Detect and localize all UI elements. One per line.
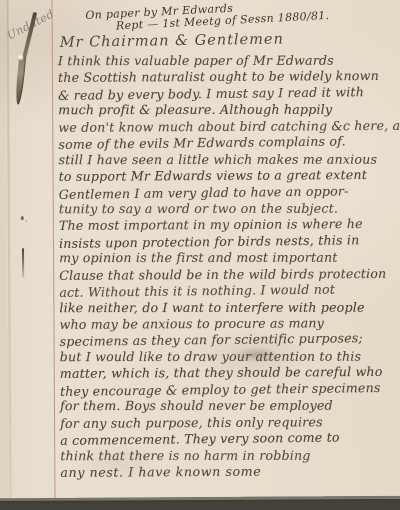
page-fold-crease [6, 0, 11, 498]
manuscript-line: think that there is no harm in robbing [60, 447, 392, 464]
manuscript-page: Undated On paper by Mr Edwards Rept — 1s… [0, 0, 400, 498]
manuscript-line: like neither, do I want to interfere wit… [59, 299, 391, 316]
manuscript-line: for them. Boys should never be employed [60, 398, 392, 415]
pin-shaft-top [22, 12, 38, 62]
manuscript-body: I think this valuable paper of Mr Edward… [58, 52, 393, 481]
manuscript-line: any nest. I have known some [60, 463, 392, 481]
manuscript-line: my opinion is the first and most importa… [59, 250, 391, 267]
ink-blot [21, 216, 24, 220]
ink-drip [22, 248, 24, 278]
red-margin-rule [51, 0, 55, 498]
manuscript-line: tunity to say a word or two on the subje… [59, 200, 391, 217]
manuscript-line: I think this valuable paper of Mr Edward… [58, 53, 390, 70]
pin-shaft-bottom [14, 56, 26, 104]
manuscript-line: act. Without this it is nothing. I would… [59, 281, 391, 301]
salutation-line: Mr Chairman & Gentlemen [60, 32, 284, 51]
manuscript-line: but I would like to draw your attention … [60, 348, 392, 365]
header-annotation: On paper by Mr Edwards Rept — 1st Meetg … [85, 0, 329, 34]
manuscript-line: still I have seen a little which makes m… [58, 151, 390, 168]
manuscript-line: much profit & pleasure. Although happily [58, 102, 390, 119]
manuscript-line: some of the evils Mr Edwards complains o… [58, 133, 390, 153]
manuscript-line: a commencement. They very soon come to [60, 429, 392, 449]
